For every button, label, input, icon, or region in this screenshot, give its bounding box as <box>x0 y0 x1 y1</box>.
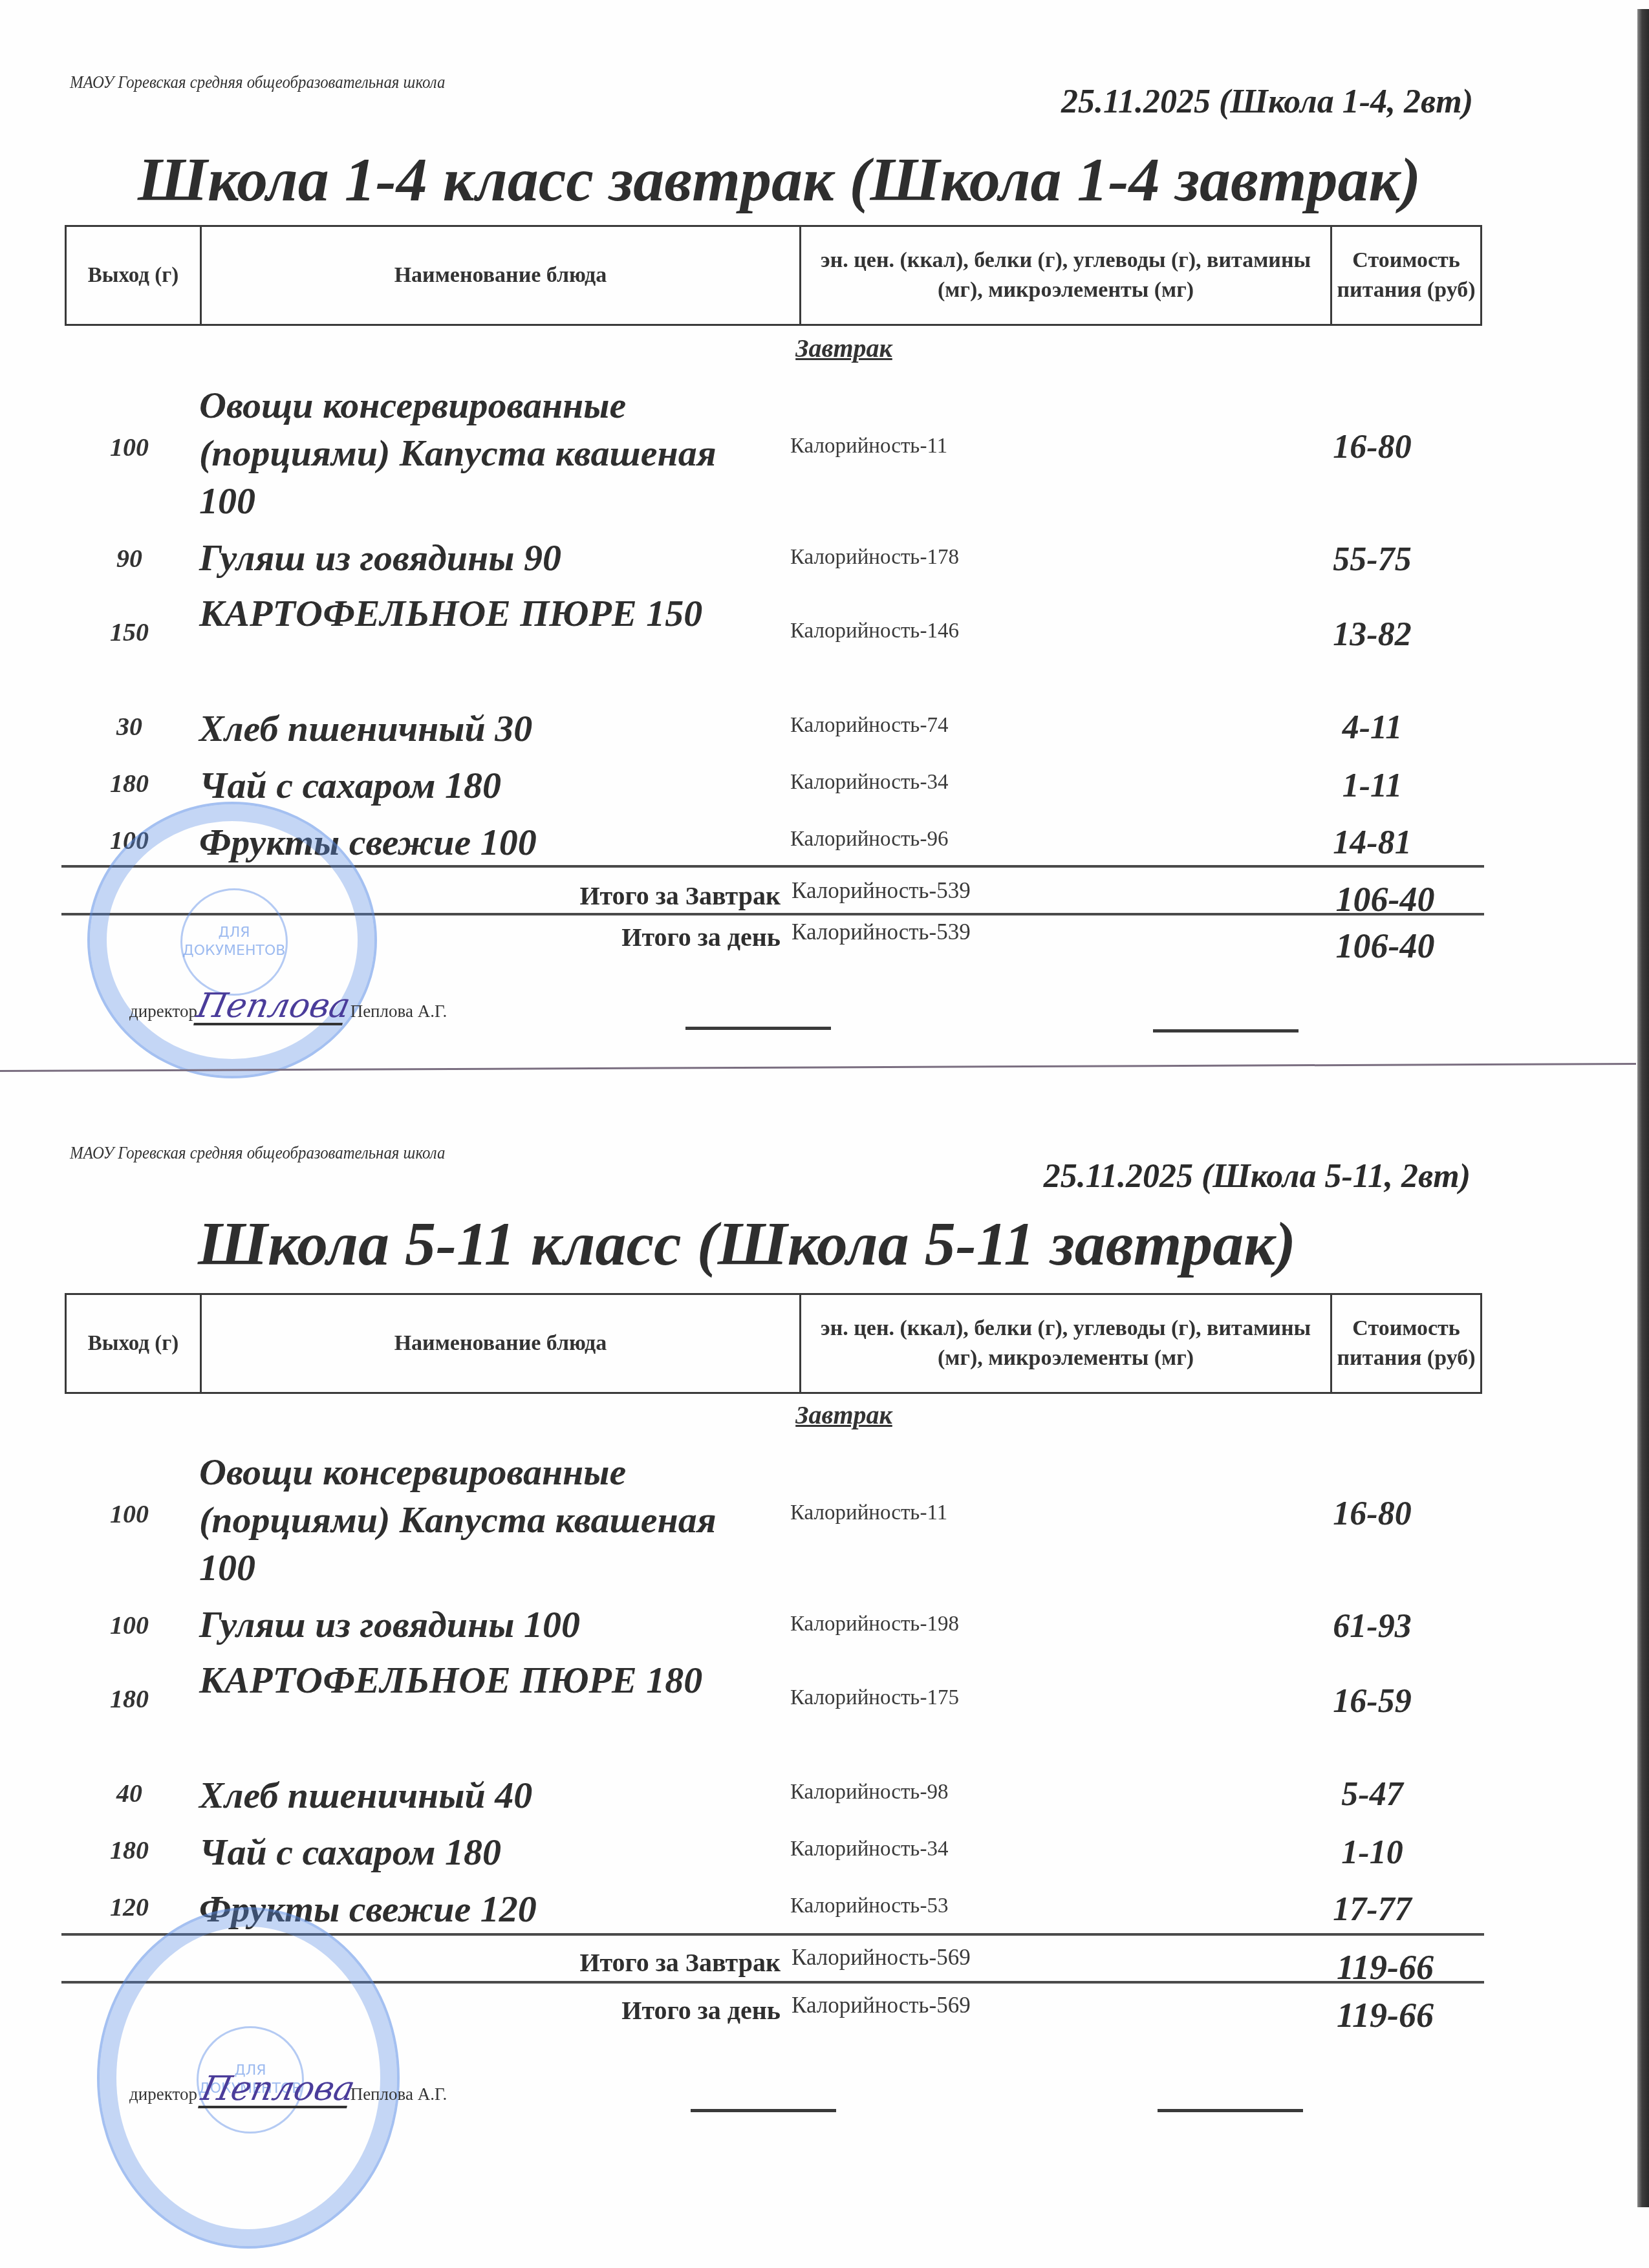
dish-output: 180 <box>65 1835 194 1865</box>
total-day-calories: Калорийность-569 <box>792 1993 971 2018</box>
menu-table-header: Выход (г) Наименование блюда эн. цен. (к… <box>65 1293 1482 1394</box>
dish-price: 14-81 <box>1275 824 1469 862</box>
dish-name: Овощи консервированные (порциями) Капуст… <box>199 381 781 525</box>
dish-calories: Калорийность-175 <box>790 1686 959 1710</box>
blank-line <box>1153 1029 1299 1032</box>
dish-price: 4-11 <box>1275 709 1469 747</box>
table-row: 90Гуляш из говядины 90Калорийность-17855… <box>65 534 1482 586</box>
table-row: 180Чай с сахаром 180Калорийность-341-11 <box>65 762 1482 810</box>
official-stamp: ДЛЯ ДОКУМЕНТОВ <box>87 802 377 1078</box>
dish-name: Гуляш из говядины 100 <box>199 1601 781 1649</box>
dish-output: 90 <box>65 543 194 573</box>
dish-name: КАРТОФЕЛЬНОЕ ПЮРЕ 150 <box>199 590 781 637</box>
dish-calories: Калорийность-34 <box>790 1837 948 1861</box>
menu-sheet-grades-1-4: МАОУ Горевская средняя общеобразовательн… <box>0 0 1649 1067</box>
director-role: директор <box>129 2084 197 2104</box>
dish-price: 61-93 <box>1275 1607 1469 1645</box>
dish-name: КАРТОФЕЛЬНОЕ ПЮРЕ 180 <box>199 1656 781 1704</box>
dish-output: 100 <box>65 1499 194 1529</box>
dish-calories: Калорийность-34 <box>790 771 948 795</box>
dish-calories: Калорийность-98 <box>790 1781 948 1804</box>
meal-section-title: Завтрак <box>0 333 1649 363</box>
dish-calories: Калорийность-11 <box>790 434 947 458</box>
director-signature-line: директор ПепловаПеплова А.Г. <box>129 2072 447 2108</box>
table-row: 180КАРТОФЕЛЬНОЕ ПЮРЕ 180Калорийность-175… <box>65 1656 1482 1747</box>
total-day-label: Итого за день <box>621 922 781 952</box>
section-label: Завтрак <box>757 1400 892 1429</box>
director-name: Пеплова А.Г. <box>350 1001 447 1021</box>
dish-output: 180 <box>65 768 194 798</box>
blank-line <box>685 1027 831 1030</box>
column-nutrition: эн. цен. (ккал), белки (г), углеводы (г)… <box>801 1294 1331 1393</box>
dish-name: Овощи консервированные (порциями) Капуст… <box>199 1448 781 1592</box>
total-day-price: 106-40 <box>1288 926 1482 966</box>
dish-output: 180 <box>65 1684 194 1714</box>
dish-calories: Калорийность-198 <box>790 1612 959 1636</box>
table-row: 100Овощи консервированные (порциями) Кап… <box>65 381 1482 530</box>
section-label: Завтрак <box>757 334 892 363</box>
director-name: Пеплова А.Г. <box>350 2084 447 2104</box>
total-calories: Калорийность-539 <box>792 878 971 904</box>
school-name: МАОУ Горевская средняя общеобразовательн… <box>70 1143 445 1163</box>
dish-name: Хлеб пшеничный 30 <box>199 705 781 753</box>
signature: Пеплова <box>193 989 350 1025</box>
table-row: 150КАРТОФЕЛЬНОЕ ПЮРЕ 150Калорийность-146… <box>65 590 1482 680</box>
dish-calories: Калорийность-11 <box>790 1501 947 1525</box>
school-name: МАОУ Горевская средняя общеобразовательн… <box>70 72 445 92</box>
table-row: 100Овощи консервированные (порциями) Кап… <box>65 1448 1482 1597</box>
dish-output: 100 <box>65 432 194 462</box>
dish-calories: Калорийность-178 <box>790 546 959 570</box>
blank-line <box>1158 2109 1303 2112</box>
column-output: Выход (г) <box>66 226 201 325</box>
stamp-center-text: ДЛЯ ДОКУМЕНТОВ <box>180 888 288 996</box>
dish-price: 16-80 <box>1275 428 1469 466</box>
dish-price: 13-82 <box>1275 615 1469 654</box>
menu-title: Школа 1-4 класс завтрак (Школа 1-4 завтр… <box>0 144 1649 215</box>
menu-date: 25.11.2025 (Школа 1-4, 2вт) <box>1061 83 1473 121</box>
total-day-calories: Калорийность-539 <box>792 919 971 945</box>
director-signature-line: директорПеплова Пеплова А.Г. <box>129 989 447 1025</box>
dish-calories: Калорийность-74 <box>790 714 948 738</box>
meal-section-title: Завтрак <box>0 1400 1649 1430</box>
dish-price: 5-47 <box>1275 1775 1469 1813</box>
total-label: Итого за Завтрак <box>579 881 781 911</box>
signature: Пеплова <box>198 2072 354 2108</box>
total-day-price: 119-66 <box>1288 1995 1482 2035</box>
total-day-label: Итого за день <box>621 1995 781 2026</box>
menu-sheet-grades-5-11: МАОУ Горевская средняя общеобразовательн… <box>0 1067 1649 2134</box>
director-role: директор <box>129 1001 197 1021</box>
column-dish-name: Наименование блюда <box>201 1294 801 1393</box>
dish-output: 150 <box>65 617 194 647</box>
table-row: 100Гуляш из говядины 100Калорийность-198… <box>65 1601 1482 1653</box>
menu-date: 25.11.2025 (Школа 5-11, 2вт) <box>1044 1157 1471 1195</box>
dish-output: 30 <box>65 711 194 742</box>
table-row: 40Хлеб пшеничный 40Калорийность-985-47 <box>65 1771 1482 1820</box>
dish-price: 17-77 <box>1275 1890 1469 1929</box>
dish-calories: Калорийность-146 <box>790 619 959 643</box>
dish-price: 16-59 <box>1275 1682 1469 1720</box>
dish-output: 120 <box>65 1892 194 1922</box>
column-price: Стоимость питания (руб) <box>1331 226 1482 325</box>
dish-name: Чай с сахаром 180 <box>199 1828 781 1876</box>
dish-output: 40 <box>65 1778 194 1808</box>
dish-price: 55-75 <box>1275 540 1469 579</box>
dish-calories: Калорийность-53 <box>790 1894 948 1918</box>
dish-price: 1-10 <box>1275 1834 1469 1872</box>
column-output: Выход (г) <box>66 1294 201 1393</box>
column-price: Стоимость питания (руб) <box>1331 1294 1482 1393</box>
dish-calories: Калорийность-96 <box>790 828 948 851</box>
column-dish-name: Наименование блюда <box>201 226 801 325</box>
total-label: Итого за Завтрак <box>579 1947 781 1978</box>
dish-price: 1-11 <box>1275 767 1469 805</box>
dish-name: Чай с сахаром 180 <box>199 762 781 809</box>
table-row: 30Хлеб пшеничный 30Калорийность-744-11 <box>65 705 1482 753</box>
menu-title: Школа 5-11 класс (Школа 5-11 завтрак) <box>0 1208 1649 1279</box>
column-nutrition: эн. цен. (ккал), белки (г), углеводы (г)… <box>801 226 1331 325</box>
dish-output: 100 <box>65 1610 194 1640</box>
dish-name: Хлеб пшеничный 40 <box>199 1771 781 1819</box>
menu-table-header: Выход (г) Наименование блюда эн. цен. (к… <box>65 225 1482 326</box>
dish-price: 16-80 <box>1275 1495 1469 1533</box>
dish-name: Гуляш из говядины 90 <box>199 534 781 582</box>
blank-line <box>691 2109 836 2112</box>
total-calories: Калорийность-569 <box>792 1945 971 1971</box>
table-row: 180Чай с сахаром 180Калорийность-341-10 <box>65 1828 1482 1877</box>
